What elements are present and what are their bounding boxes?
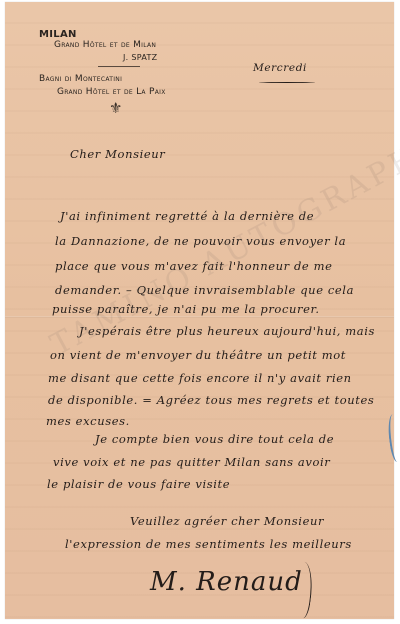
- salutation: Cher Monsieur: [70, 147, 165, 161]
- body-line: vive voix et ne pas quitter Milan sans a…: [53, 455, 330, 469]
- closing-line: Veuillez agréer cher Monsieur: [130, 514, 324, 528]
- letter-date: Mercredi: [253, 62, 307, 74]
- body-line: Je compte bien vous dire tout cela de: [95, 432, 334, 446]
- letterhead-proprietor: J. SPATZ: [123, 53, 157, 62]
- letterhead-hotel-milan: Grand Hôtel et de Milan: [54, 40, 156, 50]
- date-underline: [259, 81, 315, 83]
- body-line: J'ai infiniment regretté à la dernière d…: [60, 209, 314, 223]
- body-line: demander. – Quelque invraisemblable que …: [55, 283, 354, 297]
- body-line: de disponible. = Agréez tous mes regrets…: [48, 393, 374, 407]
- letterhead-location2: Bagni di Montecatini: [39, 74, 122, 84]
- body-line: me disant que cette fois encore il n'y a…: [48, 371, 352, 385]
- signature: M. Renaud: [150, 567, 303, 597]
- body-line: le plaisir de vous faire visite: [47, 477, 230, 491]
- letterhead-city: MILAN: [39, 29, 77, 40]
- closing-line: l'expression de mes sentiments les meill…: [65, 537, 352, 551]
- body-line: mes excuses.: [46, 414, 130, 428]
- body-line: la Dannazione, de ne pouvoir vous envoye…: [55, 234, 346, 248]
- body-line: on vient de m'envoyer du théâtre un peti…: [50, 348, 346, 362]
- letterhead-hotel-paix: Grand Hôtel et de La Paix: [57, 87, 166, 97]
- letter-sheet: MILAN Grand Hôtel et de Milan J. SPATZ B…: [5, 2, 394, 619]
- body-line: J'espérais être plus heureux aujourd'hui…: [79, 324, 375, 338]
- blue-pencil-mark: [386, 413, 400, 462]
- body-line: puisse paraître, je n'ai pu me la procur…: [52, 302, 320, 316]
- fold-crease: [5, 316, 394, 318]
- body-line: place que vous m'avez fait l'honneur de …: [55, 259, 333, 273]
- letterhead-divider: [98, 66, 140, 67]
- fleur-de-lis-icon: ⚜: [109, 99, 122, 117]
